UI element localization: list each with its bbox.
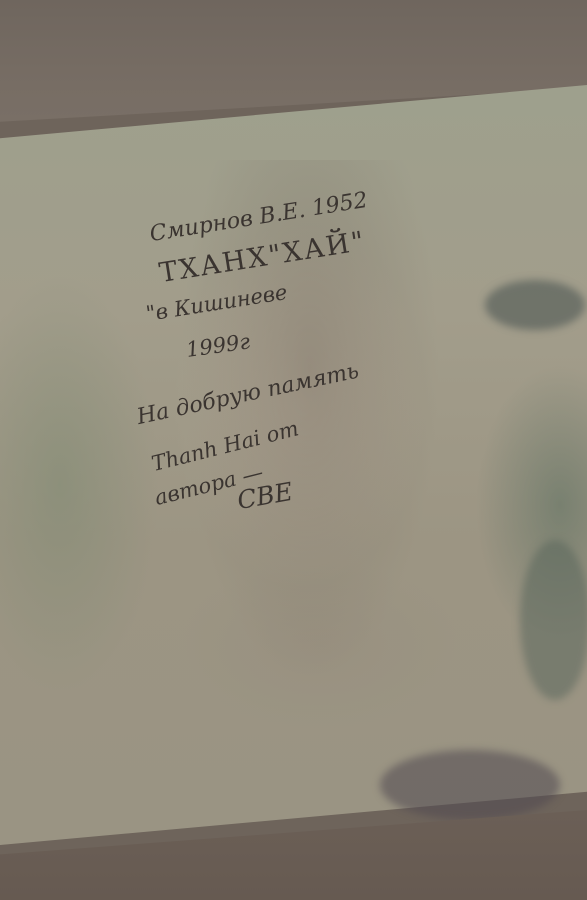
inscription-dedication-1: На добрую память <box>135 359 361 430</box>
inscription-date: 1999г <box>185 329 252 362</box>
inscription-dedication-2: Thanh Hai от <box>149 416 301 476</box>
handwritten-inscription: Смирнов В.Е. 1952 ТХАНХ"ХАЙ" "в Кишиневе… <box>0 0 587 900</box>
